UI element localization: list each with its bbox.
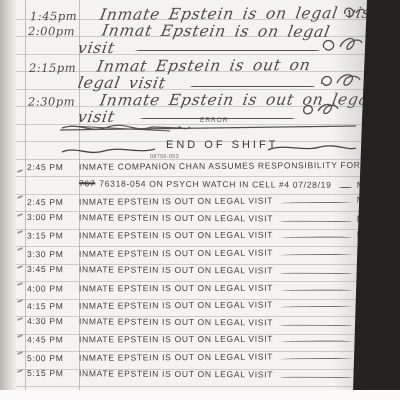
- margin-line-left: [25, 0, 26, 390]
- companion-name: CHAN: [179, 161, 206, 171]
- edge-tick-mark: [17, 247, 23, 251]
- companion-register-number: 08756-053: [150, 154, 179, 160]
- log-time: 4:15 PM: [27, 301, 79, 311]
- log-text: INMATE EPSTEIN IS OUT ON LEGAL VISIT: [79, 230, 273, 241]
- edge-tick-mark: [17, 213, 23, 217]
- log-text: INMATE EPSTEIN IS OUT ON LEGAL VISIT: [79, 195, 273, 206]
- logbook-page: 1:45pm Inmate Epstein is on legal visit …: [0, 0, 400, 400]
- log-time: 2:30pm: [28, 94, 75, 108]
- log-entry-cursive: 2:15pm Inmat Epstein is out on: [29, 55, 311, 76]
- log-text: INMATE EPSTEIN IS OUT ON LEGAL VISIT: [79, 316, 273, 327]
- edge-tick-mark: [17, 265, 23, 269]
- edge-tick-mark: [17, 299, 23, 303]
- log-time: 2:45 PM: [27, 197, 79, 207]
- log-time: 4:00 PM: [27, 283, 79, 293]
- log-text: INMATE EPSTEIN IS OUT ON LEGAL VISIT: [79, 283, 273, 294]
- log-text: Inmat Epstein is on legal: [101, 22, 332, 41]
- ink-dash: [190, 84, 315, 87]
- edge-tick-mark: [17, 169, 23, 173]
- log-row: 4:00 PMINMATE EPSTEIN IS OUT ON LEGAL VI…: [27, 282, 365, 294]
- edge-tick-mark: [17, 334, 23, 338]
- log-row: 5:15 PMINMATE EPSTEIN IS OUT ON LEGAL VI…: [27, 368, 365, 381]
- psych-watch-note: 76318-054 ON PSYCH WATCH IN CELL #4 07/2…: [99, 178, 331, 189]
- scratch-out-scribble: [60, 120, 360, 136]
- log-row: 3:30 PMINMATE EPSTEIN IS OUT ON LEGAL VI…: [27, 247, 365, 260]
- log-time: 2:45 PM: [27, 162, 79, 172]
- log-text: INMATE EPSTEIN IS OUT ON LEGAL VISIT: [79, 368, 273, 379]
- struck-number: 767: [79, 178, 95, 188]
- log-row: 4:45 PMINMATE EPSTEIN IS OUT ON LEGAL VI…: [27, 333, 365, 345]
- log-time: 5:00 PM: [27, 353, 79, 363]
- edge-tick-mark: [17, 317, 23, 321]
- handover-prefix: INMATE COMPANION: [79, 161, 179, 172]
- log-row: 3:15 PMINMATE EPSTEIN IS OUT ON LEGAL VI…: [27, 229, 365, 241]
- log-time: 2:00pm: [28, 24, 75, 38]
- log-time: 3:45 PM: [27, 264, 79, 274]
- log-text: INMATE EPSTEIN IS OUT ON LEGAL VISIT: [79, 212, 273, 223]
- scan-bottom-edge: [0, 390, 400, 400]
- log-text: 76776318-054 ON PSYCH WATCH IN CELL #4 0…: [79, 178, 332, 190]
- log-time: 5:15 PM: [27, 368, 79, 378]
- log-time: 3:15 PM: [27, 230, 79, 240]
- log-row: 4:15 PMINMATE EPSTEIN IS OUT ON LEGAL VI…: [27, 299, 365, 312]
- ink-dash: [135, 48, 320, 51]
- log-time: 4:30 PM: [27, 316, 79, 326]
- log-row: 3:45 PMINMATE EPSTEIN IS OUT ON LEGAL VI…: [27, 264, 365, 277]
- edge-tick-mark: [17, 369, 23, 373]
- log-time: 3:00 PM: [27, 212, 79, 222]
- log-time: 2:15pm: [29, 61, 76, 75]
- log-row: 2:45 PMINMATE EPSTEIN IS OUT ON LEGAL VI…: [27, 195, 365, 208]
- log-time: 4:45 PM: [27, 334, 79, 344]
- edge-tick-mark: [17, 195, 23, 199]
- log-text: INMATE EPSTEIN IS OUT ON LEGAL VISIT: [79, 351, 273, 362]
- edge-tick-mark: [17, 351, 23, 355]
- log-text: INMATE EPSTEIN IS OUT ON LEGAL VISIT: [79, 299, 273, 310]
- log-row-handover: 2:45 PM INMATE COMPANION CHAN ASSUMES RE…: [27, 160, 365, 172]
- log-row: 3:00 PMINMATE EPSTEIN IS OUT ON LEGAL VI…: [27, 212, 365, 225]
- log-row-psych-watch: 76776318-054 ON PSYCH WATCH IN CELL #4 0…: [27, 178, 365, 191]
- shift-divider: END OF SHIFT: [166, 139, 278, 151]
- log-text: INMATE EPSTEIN IS OUT ON LEGAL VISIT: [79, 264, 273, 275]
- log-text: visit: [76, 39, 116, 57]
- log-entry-continuation: visit: [78, 38, 115, 57]
- log-time: 3:30 PM: [27, 249, 79, 259]
- log-row: 4:30 PMINMATE EPSTEIN IS OUT ON LEGAL VI…: [27, 316, 365, 329]
- scan-left-edge: [0, 0, 16, 400]
- log-text: INMATE EPSTEIN IS OUT ON LEGAL VISIT: [79, 334, 273, 345]
- edge-tick-mark: [17, 230, 23, 234]
- divider-squiggle-left: [62, 144, 157, 156]
- log-text: INMATE EPSTEIN IS OUT ON LEGAL VISIT: [79, 247, 273, 258]
- log-row: 5:00 PMINMATE EPSTEIN IS OUT ON LEGAL VI…: [27, 351, 365, 364]
- log-entry-cursive: 2:00pm Inmat Epstein is on legal: [28, 20, 330, 41]
- edge-tick-mark: [17, 282, 23, 286]
